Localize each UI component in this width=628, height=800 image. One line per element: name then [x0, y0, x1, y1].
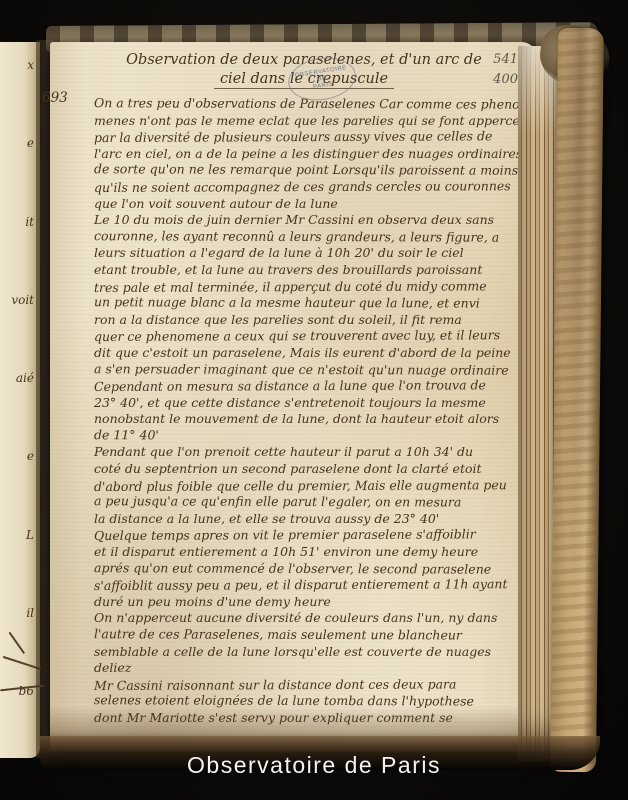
manuscript-line: un petit nuage blanc a la mesme hauteur …: [94, 294, 564, 312]
manuscript-line: a peu jusqu'a ce qu'enfin elle parut l'e…: [94, 493, 564, 511]
text-fragment: voit: [11, 293, 34, 307]
manuscript-line: On a tres peu d'observations de Parasele…: [94, 95, 564, 113]
folio-numbers: 541 400: [493, 50, 518, 90]
manuscript-line: leurs situation a l'egard de la lune à 1…: [94, 245, 564, 262]
manuscript-line: Cependant on mesura sa distance a la lun…: [94, 377, 564, 396]
manuscript-line: dont Mr Mariotte s'est servy pour expliq…: [94, 710, 564, 727]
manuscript-line: de sorte qu'on ne les remarque point Lor…: [94, 162, 564, 180]
manuscript-line: et il disparut entierement a 10h 51' env…: [94, 544, 564, 561]
manuscript-line: 23° 40', et que cette distance s'entrete…: [94, 395, 564, 412]
manuscript-line: l'arc en ciel, on a de la peine a les di…: [94, 146, 564, 163]
margin-number: 693: [42, 90, 68, 106]
manuscript-page: Observation de deux paraselenes, et d'un…: [50, 42, 536, 752]
text-fragment: il: [26, 606, 34, 620]
manuscript-line: coté du septentrion un second paraselene…: [94, 461, 564, 478]
text-fragment: aié: [16, 371, 34, 385]
text-fragment: e: [27, 449, 34, 463]
text-fragment: it: [25, 215, 34, 229]
manuscript-line: Quelque temps apres on vit le premier pa…: [94, 526, 564, 545]
text-fragment: e: [27, 136, 34, 150]
manuscript-line: ron a la distance que les parelies sont …: [94, 312, 564, 329]
text-fragment: L: [26, 528, 34, 542]
manuscript-line: par la diversité de plusieurs couleurs a…: [94, 128, 564, 147]
text-fragment: x: [27, 58, 34, 72]
manuscript-line: deliez: [94, 660, 564, 677]
book-fore-edge: [550, 28, 604, 772]
manuscript-line: tres pale et mal terminée, il apperçut d…: [94, 278, 564, 297]
manuscript-line: On n'apperceut aucune diversité de coule…: [94, 610, 564, 627]
manuscript-line: duré un peu moins d'une demy heure: [94, 594, 564, 611]
manuscript-line: selenes etoient eloignées de la lune tom…: [94, 693, 564, 711]
photo-backdrop: xeitvoitaiéeLilb6 Observation de deux pa…: [0, 0, 628, 800]
manuscript-line: de 11° 40': [94, 427, 564, 445]
caption: Observatoire de Paris: [0, 752, 628, 779]
stamp-line-3: PARIS: [313, 81, 334, 91]
manuscript-line: Pendant que l'on prenoit cette hauteur i…: [94, 444, 564, 461]
manuscript-line: a s'en persuader imaginant que ce n'esto…: [94, 361, 564, 379]
manuscript-line: s'affoiblit aussy peu a peu, et il dispa…: [94, 576, 564, 595]
manuscript-line: dit que c'estoit un paraselene, Mais ils…: [94, 345, 564, 362]
manuscript-line: la distance a la lune, et elle se trouva…: [94, 511, 564, 528]
manuscript-line: qu'ils ne soient accompagnez de ces gran…: [94, 178, 564, 197]
manuscript-line: quer ce phenomene a ceux qui se trouvere…: [94, 327, 564, 346]
manuscript-line: l'autre de ces Paraselenes, mais seuleme…: [94, 626, 564, 644]
facing-page-text-fragments: xeitvoitaiéeLilb6: [0, 58, 37, 698]
folio-number-bottom: 400: [493, 70, 518, 90]
manuscript-line: que l'on voit souvent autour de la lune: [94, 196, 564, 213]
manuscript-line: nonobstant le mouvement de la lune, dont…: [94, 411, 564, 428]
manuscript-line: couronne, les ayant reconnû a leurs gran…: [94, 228, 564, 246]
manuscript-line: Le 10 du mois de juin dernier Mr Cassini…: [94, 212, 564, 229]
folio-number-top: 541: [493, 50, 518, 70]
manuscript-body: On a tres peu d'observations de Parasele…: [94, 96, 564, 727]
facing-page-sliver: xeitvoitaiéeLilb6: [0, 42, 40, 758]
manuscript-line: menes n'ont pas le meme eclat que les pa…: [94, 113, 564, 130]
manuscript-line: etant trouble, et la lune au travers des…: [94, 262, 564, 279]
manuscript-line: semblable a celle de la lune lorsqu'elle…: [94, 644, 564, 661]
